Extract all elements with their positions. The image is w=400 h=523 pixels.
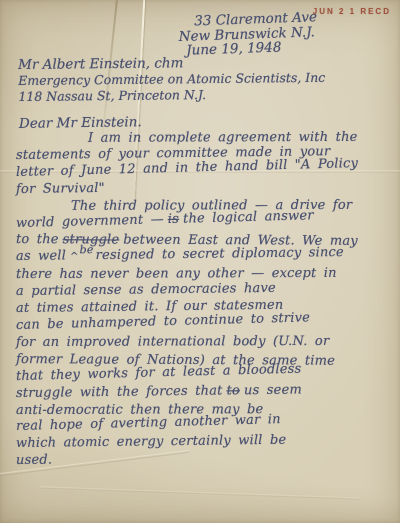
letter-line-fragment: struggle with the forces that bbox=[16, 383, 223, 401]
letter-line: as well^beresigned to secret diplomacy s… bbox=[16, 245, 392, 267]
letter-line-fragment: world government — bbox=[16, 212, 164, 231]
salutation: Dear Mr Einstein. bbox=[19, 114, 142, 132]
letter-line: for an improved international body (U.N.… bbox=[16, 334, 392, 352]
insertion-caret: ^ bbox=[70, 252, 79, 263]
paper-crease bbox=[40, 486, 360, 499]
letter-line: used. bbox=[16, 449, 392, 470]
letter-line: for Survival" bbox=[16, 177, 392, 198]
letter-paper: JUN 2 1 RECD 33 Claremont Ave New Brunsw… bbox=[0, 0, 400, 523]
letter-line-fragment: to the bbox=[16, 232, 59, 247]
recipient-address-block: Mr Albert Einstein, chm Emergency Commit… bbox=[18, 54, 325, 105]
recipient-organization: Emergency Committee on Atomic Scientists… bbox=[18, 70, 325, 89]
letter-scan: JUN 2 1 RECD 33 Claremont Ave New Brunsw… bbox=[0, 0, 400, 523]
sender-address-block: 33 Claremont Ave New Brunswick N.J. June… bbox=[178, 10, 318, 58]
letter-body: I am in complete agreement with the stat… bbox=[16, 131, 392, 470]
crossed-out-word: to bbox=[226, 383, 240, 398]
letter-line-fragment: resigned to secret diplomacy since bbox=[96, 245, 344, 263]
inserted-word: be bbox=[80, 242, 94, 259]
received-date-stamp: JUN 2 1 RECD bbox=[313, 7, 391, 16]
letter-line-fragment: us seem bbox=[244, 382, 302, 398]
crossed-out-word: is bbox=[168, 211, 180, 226]
letter-line-fragment: the logical answer bbox=[183, 208, 314, 226]
letter-line-fragment: as well bbox=[16, 249, 66, 265]
recipient-street: 118 Nassau St, Princeton N.J. bbox=[18, 86, 325, 105]
